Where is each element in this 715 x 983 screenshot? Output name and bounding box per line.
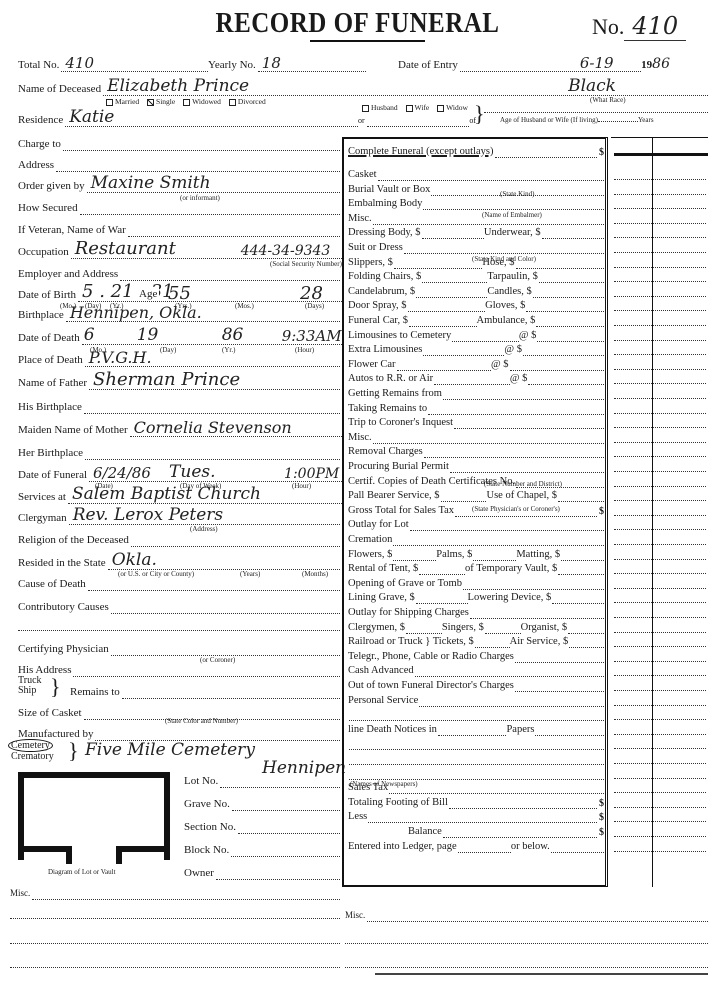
resided-field: Resided in the State Okla. <box>18 554 340 570</box>
dob-value[interactable]: 5 . 21 . 31 <box>82 281 174 302</box>
charge-amount-cell[interactable] <box>614 573 706 574</box>
cause-of-death-field: Cause of Death <box>18 575 340 591</box>
spouse-name-input[interactable] <box>367 115 470 127</box>
charge-amount-cell[interactable] <box>614 398 706 399</box>
charge-row: Autos to R.R. or Air@ $ <box>348 371 604 385</box>
block-no-input[interactable] <box>231 845 340 857</box>
place-of-death-value[interactable]: P.V.G.H. <box>89 348 152 367</box>
ssn-value[interactable]: 444-34-9343 <box>241 243 331 259</box>
charge-input[interactable] <box>542 229 604 239</box>
order-given-by-field: Order given by Maxine Smith <box>18 177 340 193</box>
charge-label: Cash Advanced <box>348 665 414 677</box>
charge-amount-cell[interactable] <box>614 456 706 457</box>
charge-amount-cell[interactable] <box>614 486 706 487</box>
charge-input[interactable] <box>415 667 604 677</box>
charge-input[interactable] <box>408 302 486 312</box>
charge-row: Clergymen, $Singers, $Organist, $ <box>348 620 604 634</box>
charge-amount-cell[interactable] <box>614 602 706 603</box>
charge-label: Outlay for Shipping Charges <box>348 607 469 619</box>
clergyman-field: Clergyman Rev. Lerox Peters <box>18 509 340 525</box>
charge-input[interactable] <box>470 609 604 619</box>
total-no-field: Total No. 410 <box>18 56 208 72</box>
charge-row: Less$ <box>348 809 604 823</box>
charge-row: Telegr., Phone, Cable or Radio Charges <box>348 649 604 663</box>
charge-amount-cell[interactable] <box>614 821 706 822</box>
charge-row: Opening of Grave or Tomb <box>348 576 604 590</box>
charge-label: Ambulance, $ <box>477 315 536 327</box>
birthplace-value[interactable]: Hennipen, Okla. <box>70 303 202 322</box>
deceased-name-value[interactable]: Elizabeth Prince <box>107 76 249 96</box>
charge-row: Casket <box>348 167 604 181</box>
right-misc-input[interactable] <box>367 910 708 922</box>
total-no-value[interactable]: 410 <box>65 54 94 72</box>
charge-row: Railroad or Truck } Tickets, $Air Servic… <box>348 634 604 648</box>
religion-field: Religion of the Deceased <box>18 531 340 547</box>
address-input[interactable] <box>56 160 340 172</box>
services-at-value[interactable]: Salem Baptist Church <box>72 484 261 504</box>
charge-amount-cell[interactable] <box>614 281 706 282</box>
his-address-input[interactable] <box>73 665 340 677</box>
age-days-value[interactable]: 28 <box>300 283 323 304</box>
charge-input[interactable] <box>443 828 597 838</box>
dod-month[interactable]: 6 <box>84 325 95 345</box>
charge-row: Personal Service <box>348 693 604 707</box>
resided-value[interactable]: Okla. <box>112 550 157 570</box>
single-checkbox[interactable] <box>147 99 154 106</box>
left-misc-line3[interactable] <box>10 943 340 944</box>
contributory-causes-input[interactable] <box>111 602 340 614</box>
charge-label: @ $ <box>519 330 537 342</box>
truck-ship-label: Truck Ship <box>18 676 42 696</box>
charge-amount-cell[interactable] <box>614 559 706 560</box>
charge-input[interactable] <box>523 346 604 356</box>
charge-amount-cell[interactable] <box>614 763 706 764</box>
religion-input[interactable] <box>131 535 340 547</box>
charge-label: Getting Remains from <box>348 388 442 400</box>
charge-input[interactable] <box>558 565 604 575</box>
charge-label: Underwear, $ <box>484 227 541 239</box>
charge-label: Folding Chairs, $ <box>348 271 421 283</box>
mother-name-field: Maiden Name of Mother Cornelia Stevenson <box>18 421 344 437</box>
charge-input[interactable] <box>378 171 604 181</box>
charge-input[interactable] <box>539 273 604 283</box>
charge-label: Taking Remains to <box>348 403 427 415</box>
complete-funeral-total-line <box>614 153 708 156</box>
entry-year-value[interactable]: 86 <box>652 56 670 72</box>
charge-amount-cell[interactable] <box>614 310 706 311</box>
charge-amount-cell[interactable] <box>614 748 706 749</box>
spouse-age-field: Age of Husband or Wife (If living)Years <box>500 116 654 124</box>
charge-amount-cell[interactable] <box>614 588 706 589</box>
charge-label: Dressing Body, $ <box>348 227 421 239</box>
address-field: Address <box>18 156 340 172</box>
charge-input[interactable] <box>473 551 516 561</box>
charge-amount-cell[interactable] <box>614 325 706 326</box>
charge-amount-cell[interactable] <box>614 617 706 618</box>
charge-row: Suit or Dress <box>348 240 604 254</box>
charge-amount-cell[interactable] <box>614 413 706 414</box>
charge-amount-cell[interactable] <box>614 194 706 195</box>
age-label: Age <box>137 288 159 300</box>
his-birthplace-field: His Birthplace <box>18 398 340 414</box>
cemetery-crematory-label: Cemetery Crematory <box>8 740 54 762</box>
charge-input[interactable] <box>373 434 604 444</box>
charge-row <box>348 766 604 780</box>
spouse-name-field: or of <box>358 111 476 127</box>
right-misc-field: Misc. <box>345 906 708 922</box>
charge-amount-cell[interactable] <box>614 675 706 676</box>
dod-day[interactable]: 19 <box>137 325 159 345</box>
charge-amount-cell[interactable] <box>614 354 706 355</box>
charge-label: Slippers, $ <box>348 257 393 269</box>
charge-label: Door Spray, $ <box>348 300 407 312</box>
occupation-value[interactable]: Restaurant <box>75 238 176 259</box>
yearly-no-value[interactable]: 18 <box>262 54 281 72</box>
charge-amount-cell[interactable] <box>614 632 706 633</box>
charge-row: Pall Bearer Service, $Use of Chapel, $ <box>348 488 604 502</box>
charge-input[interactable] <box>419 697 604 707</box>
dollar-sign: $ <box>599 827 604 838</box>
section-no-input[interactable] <box>238 822 340 834</box>
contributory-causes-line2[interactable] <box>18 630 340 631</box>
charge-label: Flower Car <box>348 359 396 371</box>
cause-of-death-input[interactable] <box>88 579 340 591</box>
charge-input[interactable] <box>423 200 604 210</box>
charge-label: Suit or Dress <box>348 242 403 254</box>
charge-input[interactable] <box>450 463 604 473</box>
charge-amount-cell[interactable] <box>614 661 706 662</box>
charge-amount-cell[interactable] <box>614 369 706 370</box>
charge-amount-cell[interactable] <box>614 851 706 852</box>
charge-label: Opening of Grave or Tomb <box>348 578 462 590</box>
charge-amount-cell[interactable] <box>614 690 706 691</box>
charge-amount-cell[interactable] <box>614 792 706 793</box>
section-no-field: Section No. <box>184 818 340 834</box>
charge-input[interactable] <box>535 726 604 736</box>
charge-label: of Temporary Vault, $ <box>465 563 557 575</box>
charge-row: Trip to Coroner's Inquest <box>348 415 604 429</box>
charge-input[interactable] <box>510 361 604 371</box>
charge-row: Funeral Car, $Ambulance, $ <box>348 313 604 327</box>
funeral-day-value[interactable]: Tues. <box>169 462 215 482</box>
employer-input[interactable] <box>120 269 340 281</box>
charge-amount-cell[interactable] <box>614 500 706 501</box>
charge-input[interactable] <box>419 565 465 575</box>
physician-input[interactable] <box>111 644 340 656</box>
charge-input[interactable] <box>552 594 604 604</box>
charge-input[interactable] <box>526 302 604 312</box>
charge-input[interactable] <box>393 536 604 546</box>
charge-label: Removal Charges <box>348 446 423 458</box>
left-misc-line2[interactable] <box>10 918 340 919</box>
charge-amount-cell[interactable] <box>614 427 706 428</box>
charge-label: Tarpaulin, $ <box>487 271 538 283</box>
charge-label: Clergymen, $ <box>348 622 405 634</box>
charge-amount-cell[interactable] <box>614 734 706 735</box>
charge-input[interactable] <box>452 332 519 342</box>
charge-blank-line[interactable] <box>349 755 604 765</box>
charge-label: Lining Grave, $ <box>348 592 415 604</box>
spouse-age-input[interactable] <box>598 121 638 122</box>
charge-input[interactable] <box>424 448 604 458</box>
charge-input[interactable] <box>458 843 511 853</box>
charge-label: Out of town Funeral Director's Charges <box>348 680 514 692</box>
veteran-input[interactable] <box>128 225 340 237</box>
grave-no-input[interactable] <box>232 799 340 811</box>
right-misc-line3[interactable] <box>345 967 708 968</box>
charge-input[interactable] <box>423 346 504 356</box>
charge-input[interactable] <box>533 288 604 298</box>
charge-label: Autos to R.R. or Air <box>348 373 433 385</box>
charge-input[interactable] <box>561 551 604 561</box>
charge-input[interactable] <box>416 594 468 604</box>
owner-input[interactable] <box>216 868 340 880</box>
father-name-field: Name of Father Sherman Prince <box>18 374 340 390</box>
charge-row <box>348 707 604 721</box>
charge-input[interactable] <box>449 799 597 809</box>
left-misc-field: Misc. <box>10 884 340 900</box>
divorced-checkbox[interactable] <box>229 99 236 106</box>
charge-label: Totaling Footing of Bill <box>348 797 448 809</box>
charge-amount-cell[interactable] <box>614 836 706 837</box>
truck-ship-brace: } <box>50 676 61 698</box>
charge-row: Candelabrum, $Candles, $ <box>348 284 604 298</box>
date-of-entry-value[interactable]: 6-19 <box>580 54 614 72</box>
charge-amount-cell[interactable] <box>614 515 706 516</box>
charge-label: Singers, $ <box>442 622 484 634</box>
charge-amount-cell[interactable] <box>614 340 706 341</box>
charge-row: Getting Remains from <box>348 386 604 400</box>
charge-row <box>348 736 604 750</box>
charge-input[interactable] <box>397 361 491 371</box>
charge-to-input[interactable] <box>63 139 340 151</box>
charge-row: Door Spray, $Gloves, $ <box>348 298 604 312</box>
occupation-field: Occupation Restaurant 444-34-9343 <box>18 243 344 259</box>
charge-row: Folding Chairs, $Tarpaulin, $ <box>348 269 604 283</box>
place-of-death-field: Place of Death P.V.G.H. <box>18 351 340 367</box>
charge-input[interactable] <box>410 521 604 531</box>
how-secured-input[interactable] <box>80 203 340 215</box>
cemetery-value[interactable]: Five Mile Cemetery <box>85 740 255 760</box>
charge-label: @ $ <box>504 344 522 356</box>
charge-amount-cell[interactable] <box>614 223 706 224</box>
charge-label: Palms, $ <box>436 549 472 561</box>
charge-label: Gloves, $ <box>485 300 525 312</box>
charge-row: Embalming Body <box>348 196 604 210</box>
charge-input[interactable] <box>434 375 510 385</box>
charge-row: Removal Charges <box>348 444 604 458</box>
charge-input[interactable] <box>569 638 604 648</box>
charge-input[interactable] <box>368 813 597 823</box>
charge-input[interactable] <box>537 332 604 342</box>
charge-label: Funeral Car, $ <box>348 315 408 327</box>
charge-amount-cell[interactable] <box>614 267 706 268</box>
title-underline <box>310 40 425 42</box>
block-no-field: Block No. <box>184 841 340 857</box>
her-birthplace-field: Her Birthplace <box>18 444 340 460</box>
charge-amount-cell[interactable] <box>614 208 706 209</box>
charge-input[interactable] <box>528 375 604 385</box>
owner-field: Owner <box>184 864 340 880</box>
veteran-field: If Veteran, Name of War <box>18 221 340 237</box>
charge-row: Totaling Footing of Bill$ <box>348 795 604 809</box>
dollar-sign: $ <box>599 798 604 809</box>
charge-input[interactable] <box>438 726 507 736</box>
charge-row: Outlay for Shipping Charges <box>348 605 604 619</box>
married-checkbox[interactable] <box>106 99 113 106</box>
charge-row: Cash Advanced <box>348 663 604 677</box>
charge-row: Burial Vault or Box <box>348 182 604 196</box>
dod-hour[interactable]: 9:33AM <box>282 327 342 345</box>
charge-input[interactable] <box>536 317 604 327</box>
right-misc-line2[interactable] <box>345 943 708 944</box>
clergyman-value[interactable]: Rev. Lerox Peters <box>73 505 223 525</box>
funeral-hour-value[interactable]: 1:00PM <box>284 466 339 482</box>
charge-blank-line[interactable] <box>349 711 604 721</box>
date-of-death-field: Date of Death 6 19 86 9:33AM <box>18 329 344 345</box>
employer-field: Employer and Address <box>18 265 340 281</box>
charge-amount-cell[interactable] <box>614 296 706 297</box>
charge-blank-line[interactable] <box>349 740 604 750</box>
charge-amount-cell[interactable] <box>614 179 706 180</box>
physician-field: Certifying Physician <box>18 640 340 656</box>
birthplace-field: Birthplace Hennipen, Okla. <box>18 306 340 322</box>
charge-input[interactable] <box>422 229 484 239</box>
lot-no-input[interactable] <box>220 776 340 788</box>
charge-amount-cell[interactable] <box>614 237 706 238</box>
his-birthplace-input[interactable] <box>84 402 340 414</box>
charge-label: Use of Chapel, $ <box>486 490 557 502</box>
charge-row: Certif. Copies of Death Certificates No. <box>348 474 604 488</box>
father-name-value[interactable]: Sherman Prince <box>93 369 240 390</box>
grave-no-field: Grave No. <box>184 795 340 811</box>
charge-input[interactable] <box>422 273 487 283</box>
charge-input[interactable] <box>409 317 477 327</box>
charge-input[interactable] <box>443 390 604 400</box>
charge-amount-cell[interactable] <box>614 778 706 779</box>
charge-row: Flowers, $Palms, $Matting, $ <box>348 547 604 561</box>
charge-input[interactable] <box>406 624 442 634</box>
funeral-date-value[interactable]: 6/24/86 <box>93 464 151 482</box>
charge-input[interactable] <box>454 419 604 429</box>
charge-label: Papers <box>506 724 534 736</box>
widowed-checkbox[interactable] <box>183 99 190 106</box>
charge-amount-cell[interactable] <box>614 252 706 253</box>
charge-row: Misc. <box>348 211 604 225</box>
charge-row: Entered into Ledger, pageor below. <box>348 839 604 853</box>
charge-input[interactable] <box>416 288 487 298</box>
dollar-sign: $ <box>599 812 604 823</box>
charge-input[interactable] <box>485 624 521 634</box>
charge-row <box>348 751 604 765</box>
charge-input[interactable] <box>515 653 604 663</box>
deceased-name-field: Name of Deceased Elizabeth Prince Black <box>18 80 708 96</box>
charge-label: Railroad or Truck } Tickets, $ <box>348 636 474 648</box>
remains-to-input[interactable] <box>122 687 340 699</box>
charge-amount-cell[interactable] <box>614 544 706 545</box>
charge-label: Air Service, $ <box>510 636 569 648</box>
charge-label: Less <box>348 811 367 823</box>
charge-amount-cell[interactable] <box>614 529 706 530</box>
charge-input[interactable] <box>404 244 604 254</box>
remains-to-field: Remains to <box>70 683 340 699</box>
race-value[interactable]: Black <box>568 76 616 96</box>
charge-input[interactable] <box>568 624 604 634</box>
charge-label: Embalming Body <box>348 198 422 210</box>
charge-amount-cell[interactable] <box>614 442 706 443</box>
charge-label: Limousines to Cemetery <box>348 330 451 342</box>
residence-value[interactable]: Katie <box>69 107 114 127</box>
charge-label: Rental of Tent, $ <box>348 563 418 575</box>
mother-name-value[interactable]: Cornelia Stevenson <box>134 418 292 437</box>
charge-input[interactable] <box>428 405 604 415</box>
record-number-value[interactable]: 410 <box>624 12 686 41</box>
spouse-line[interactable] <box>484 112 708 113</box>
charge-label: Cremation <box>348 534 392 546</box>
charge-label: Outlay for Lot <box>348 519 409 531</box>
services-at-field: Services at Salem Baptist Church <box>18 488 344 504</box>
charge-label: Gross Total for Sales Tax <box>348 505 454 517</box>
charge-row: Flower Car@ $ <box>348 357 604 371</box>
charge-label: Flowers, $ <box>348 549 392 561</box>
charge-input[interactable] <box>393 551 436 561</box>
charge-amount-cell[interactable] <box>614 807 706 808</box>
charge-input[interactable] <box>441 492 487 502</box>
her-birthplace-input[interactable] <box>85 448 340 460</box>
left-misc-line4[interactable] <box>10 967 340 968</box>
charge-amount-cell[interactable] <box>614 471 706 472</box>
charge-input[interactable] <box>475 638 510 648</box>
charge-label: Telegr., Phone, Cable or Radio Charges <box>348 651 514 663</box>
left-misc-input[interactable] <box>32 888 340 900</box>
charge-input[interactable] <box>515 682 604 692</box>
charge-label: Misc. <box>348 213 372 225</box>
record-number-label: No. <box>592 14 624 39</box>
charge-label: Lowering Device, $ <box>468 592 552 604</box>
charge-label: @ $ <box>491 359 509 371</box>
charge-amount-cell[interactable] <box>614 719 706 720</box>
charge-input[interactable] <box>394 259 483 269</box>
charge-to-field: Charge to <box>18 135 340 151</box>
yearly-no-field: Yearly No. 18 <box>208 56 366 72</box>
charge-blank-line[interactable] <box>349 770 604 780</box>
charge-input[interactable] <box>558 492 604 502</box>
charge-input[interactable] <box>463 580 604 590</box>
order-given-by-value[interactable]: Maxine Smith <box>91 173 211 193</box>
charge-amount-cell[interactable] <box>614 646 706 647</box>
charge-amount-cell[interactable] <box>614 705 706 706</box>
charge-input[interactable] <box>551 843 604 853</box>
charge-row: Cremation <box>348 532 604 546</box>
lot-no-field: Lot No. <box>184 772 340 788</box>
age-years-value[interactable]: 55 <box>168 283 191 304</box>
charge-label: @ $ <box>510 373 528 385</box>
charge-label: Matting, $ <box>516 549 560 561</box>
charge-amount-cell[interactable] <box>614 383 706 384</box>
date-of-entry-field: Date of Entry 6-19 1986 <box>398 56 670 72</box>
charge-label: Casket <box>348 169 377 181</box>
crematory-option[interactable]: Crematory <box>8 751 54 762</box>
charge-input[interactable] <box>389 784 604 794</box>
charge-label: Entered into Ledger, page <box>348 841 457 853</box>
record-number: No.410 <box>592 12 686 40</box>
residence-field: Residence Katie <box>18 111 358 127</box>
charge-row: Lining Grave, $Lowering Device, $ <box>348 590 604 604</box>
charge-label: or below. <box>511 841 550 853</box>
charge-label: Extra Limousines <box>348 344 422 356</box>
dod-year[interactable]: 86 <box>222 325 244 345</box>
charge-row: Outlay for Lot <box>348 517 604 531</box>
